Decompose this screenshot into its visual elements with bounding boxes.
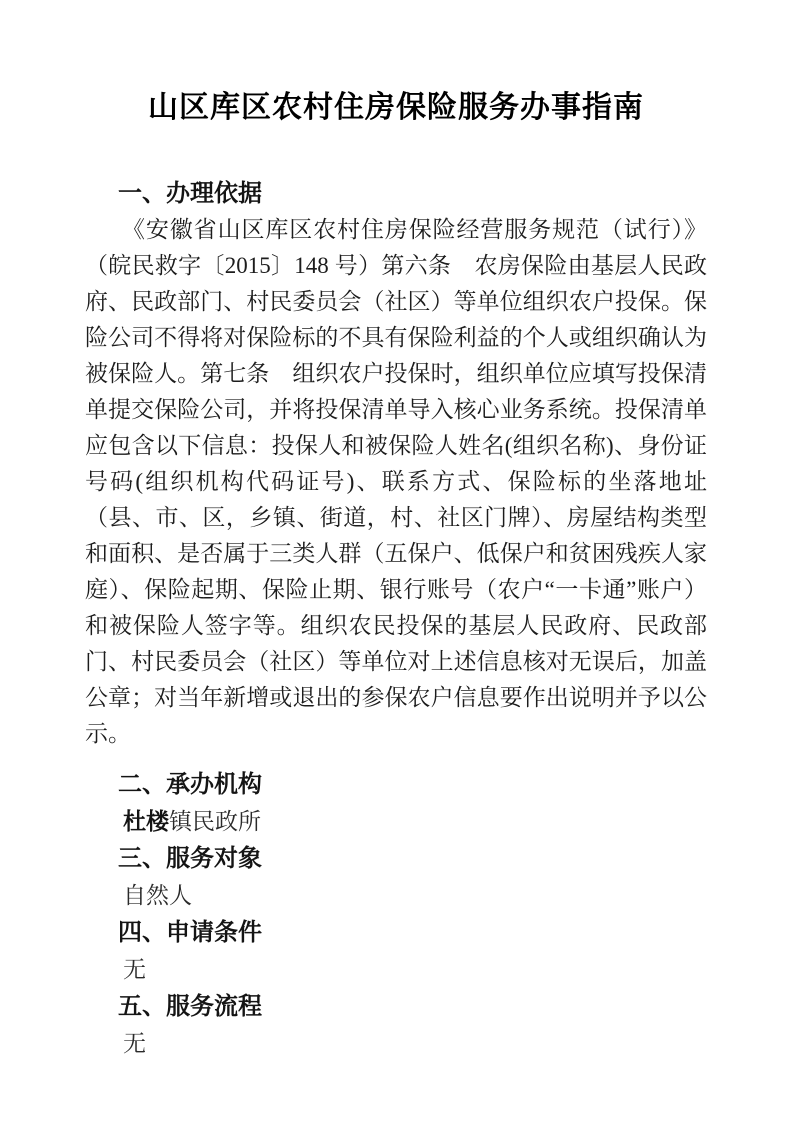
handling-agency-office: 镇民政所 — [169, 809, 261, 834]
service-target-value: 自然人 — [123, 877, 707, 914]
handling-agency-town: 杜楼 — [123, 808, 169, 834]
application-conditions-value: 无 — [123, 951, 707, 988]
legal-basis-paragraph: 《安徽省山区库区农村住房保险经营服务规范（试行）》（皖民救字〔2015〕148 … — [85, 212, 707, 752]
document-content: 山区库区农村住房保险服务办事指南 一、办理依据 《安徽省山区库区农村住房保险经营… — [0, 0, 793, 1062]
section-heading-service-process: 五、服务流程 — [118, 988, 707, 1025]
section-heading-handling-agency: 二、承办机构 — [118, 766, 707, 803]
document-page: 山区库区农村住房保险服务办事指南 一、办理依据 《安徽省山区库区农村住房保险经营… — [0, 0, 793, 1122]
section-heading-application-conditions: 四、申请条件 — [118, 914, 707, 951]
section-heading-service-target: 三、服务对象 — [118, 840, 707, 877]
document-title: 山区库区农村住房保险服务办事指南 — [85, 88, 707, 128]
section-heading-legal-basis: 一、办理依据 — [118, 175, 707, 212]
handling-agency-value: 杜楼镇民政所 — [123, 803, 707, 840]
service-process-value: 无 — [123, 1025, 707, 1062]
